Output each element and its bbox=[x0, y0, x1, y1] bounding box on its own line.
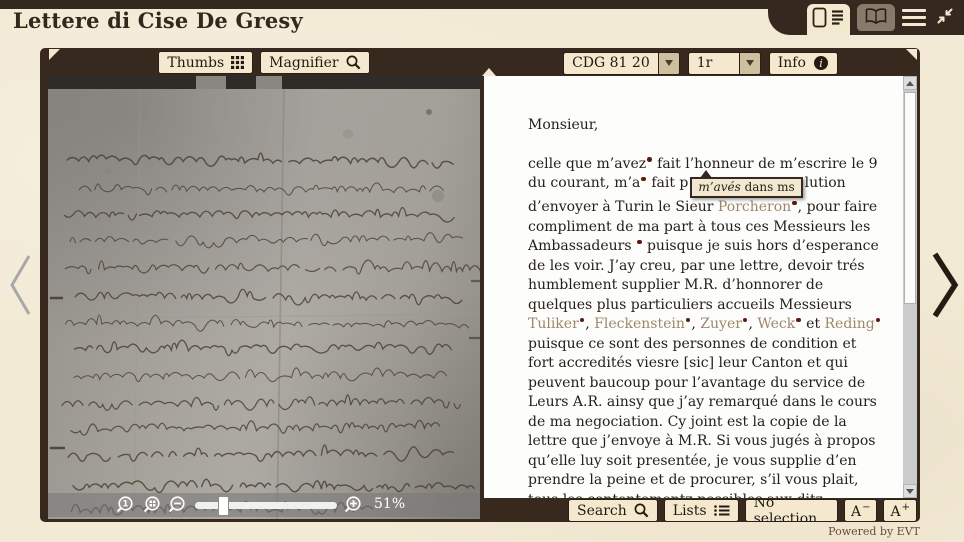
font-increase-label: A+ bbox=[890, 502, 910, 520]
transcription-paragraph: celle que m’avez fait l’honneur de m’esc… bbox=[528, 155, 883, 499]
previous-page-button[interactable] bbox=[6, 252, 34, 322]
document-select[interactable]: CDG 81 20 bbox=[563, 52, 680, 75]
person-name[interactable]: Zuyer bbox=[700, 316, 742, 332]
manuscript-image[interactable]: 1 51% bbox=[48, 76, 480, 519]
tab-book-view[interactable] bbox=[857, 4, 895, 31]
note-dot[interactable] bbox=[580, 318, 585, 323]
note-dot[interactable] bbox=[792, 201, 797, 206]
magnifier-icon bbox=[346, 55, 361, 70]
note-dot[interactable] bbox=[743, 318, 748, 323]
top-right-controls bbox=[768, 0, 964, 35]
text-bottom-toolbar: Search Lists No selection A− A+ bbox=[484, 499, 917, 522]
person-name[interactable]: Reding bbox=[825, 316, 875, 332]
arrow-down-icon bbox=[906, 489, 914, 494]
text-lines-icon bbox=[830, 7, 845, 32]
thumbs-label: Thumbs bbox=[167, 55, 224, 71]
image-toolbar: Thumbs Magnifier bbox=[48, 51, 480, 75]
zoom-percent: 51% bbox=[374, 496, 405, 512]
page-icon bbox=[812, 7, 827, 32]
search-icon bbox=[634, 503, 649, 518]
chevron-left-icon bbox=[6, 252, 34, 318]
font-decrease-button[interactable]: A− bbox=[844, 499, 878, 522]
person-name[interactable]: Fleckenstein bbox=[594, 316, 685, 332]
lists-label: Lists bbox=[673, 503, 707, 519]
tooltip-pointer bbox=[700, 170, 712, 178]
zoom-slider-track[interactable] bbox=[195, 502, 337, 509]
chevron-down-icon bbox=[739, 53, 760, 74]
collapse-arrows-icon bbox=[935, 6, 955, 26]
hamburger-icon bbox=[902, 9, 926, 13]
salutation: Monsieur, bbox=[528, 116, 883, 136]
chevron-down-icon bbox=[658, 53, 679, 74]
note-dot[interactable] bbox=[796, 318, 801, 323]
transcription-content: Monsieur, celle que m’avez fait l’honneu… bbox=[484, 76, 903, 498]
note-dot[interactable] bbox=[686, 318, 691, 323]
arrow-up-icon bbox=[906, 81, 914, 86]
page-select-value: 1r bbox=[689, 53, 739, 74]
search-label: Search bbox=[577, 503, 627, 519]
zoom-slider-handle[interactable] bbox=[218, 496, 229, 516]
next-page-button[interactable] bbox=[929, 250, 961, 324]
selection-select[interactable]: No selection bbox=[745, 499, 838, 522]
font-increase-button[interactable]: A+ bbox=[883, 499, 917, 522]
person-name[interactable]: Weck bbox=[757, 316, 795, 332]
manuscript-writing bbox=[48, 76, 480, 519]
magnifier-button[interactable]: Magnifier bbox=[260, 51, 369, 74]
note-dot[interactable] bbox=[641, 177, 646, 182]
page-select[interactable]: 1r bbox=[688, 52, 761, 75]
scrollbar-thumb[interactable] bbox=[904, 92, 916, 304]
note-tooltip: m’avés dans ms bbox=[690, 177, 802, 198]
collapse-button[interactable] bbox=[935, 6, 955, 30]
scroll-down-button[interactable] bbox=[903, 484, 917, 498]
svg-text:i: i bbox=[819, 57, 823, 70]
info-label: Info bbox=[778, 55, 806, 71]
list-icon bbox=[714, 504, 730, 517]
chevron-right-icon bbox=[929, 250, 961, 320]
text-toolbar: CDG 81 20 1r Info i bbox=[484, 50, 917, 76]
thumbs-button[interactable]: Thumbs bbox=[158, 51, 253, 74]
info-icon: i bbox=[813, 55, 829, 71]
font-decrease-label: A− bbox=[851, 502, 871, 520]
selection-select-value: No selection bbox=[746, 500, 838, 521]
info-button[interactable]: Info i bbox=[769, 52, 838, 75]
person-name[interactable]: Porcheron bbox=[718, 199, 791, 215]
page-title: Lettere di Cise De Gresy bbox=[13, 8, 303, 33]
person-name[interactable]: Tuliker bbox=[528, 316, 579, 332]
text-scrollbar[interactable] bbox=[903, 76, 917, 498]
search-button[interactable]: Search bbox=[568, 499, 658, 522]
zoom-controls-bar: 1 51% bbox=[48, 493, 480, 517]
menu-button[interactable] bbox=[902, 9, 926, 27]
tab-image-text-view[interactable] bbox=[807, 4, 850, 35]
note-dot[interactable] bbox=[876, 318, 881, 323]
note-dot[interactable] bbox=[637, 240, 642, 245]
open-book-icon bbox=[863, 7, 889, 29]
note-dot[interactable] bbox=[647, 157, 652, 162]
lists-button[interactable]: Lists bbox=[664, 499, 739, 522]
transcription-panel: Monsieur, celle que m’avez fait l’honneu… bbox=[484, 76, 917, 498]
magnifier-label: Magnifier bbox=[269, 55, 338, 71]
svg-text:1: 1 bbox=[123, 500, 129, 510]
scroll-up-button[interactable] bbox=[903, 76, 917, 90]
grid-icon bbox=[231, 56, 244, 69]
powered-by-link[interactable]: Powered by EVT bbox=[828, 525, 920, 538]
document-select-value: CDG 81 20 bbox=[564, 53, 658, 74]
